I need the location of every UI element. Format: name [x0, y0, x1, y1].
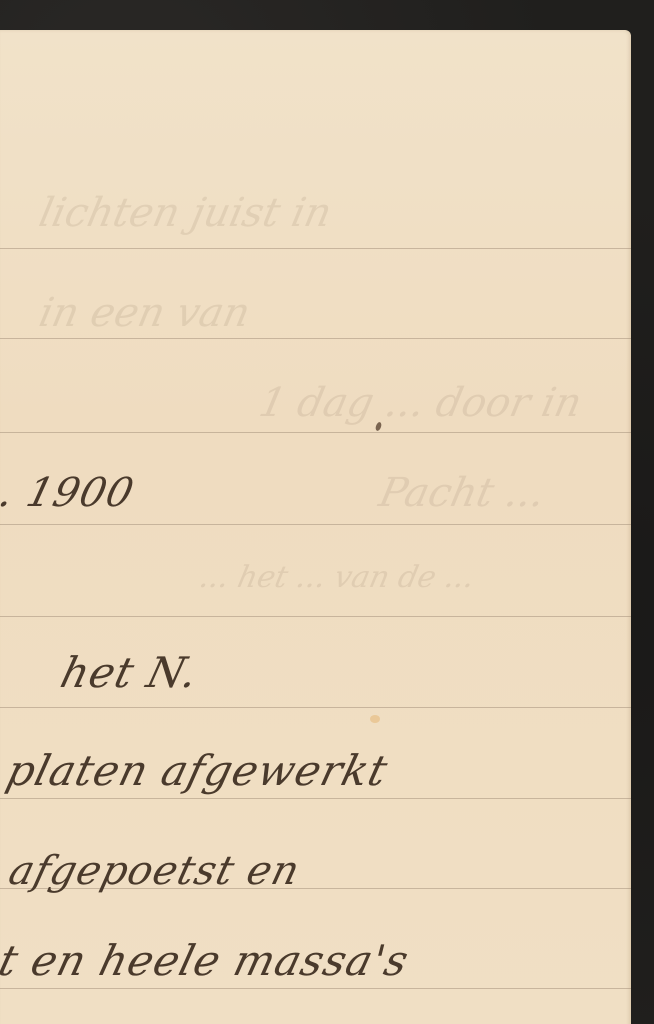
handwritten-line: het N. — [56, 648, 204, 697]
ruled-line — [0, 524, 631, 525]
handwritten-line: t en heele massa's — [0, 936, 414, 985]
handwritten-line: afgepoetst en — [4, 848, 305, 894]
ruled-line — [0, 616, 631, 617]
ruled-line — [0, 248, 631, 249]
ruled-line — [0, 338, 631, 339]
letter-page: lichten juist in in een van 1 dag ... do… — [0, 30, 631, 1024]
ruled-line — [0, 798, 631, 799]
ruled-line — [0, 707, 631, 708]
handwritten-date: . 1900 — [0, 470, 139, 516]
bleed-through-text: 1 dag ... door in — [255, 380, 586, 426]
bleed-through-text: Pacht ... — [375, 470, 549, 516]
bleed-through-text: in een van — [35, 290, 254, 336]
stain — [370, 715, 380, 723]
ruled-line — [0, 432, 631, 433]
bleed-through-text: lichten juist in — [35, 190, 336, 236]
handwritten-line: platen afgewerkt — [2, 746, 393, 795]
bleed-through-text: ... het ... van de ... — [196, 560, 477, 595]
ruled-line — [0, 988, 631, 989]
